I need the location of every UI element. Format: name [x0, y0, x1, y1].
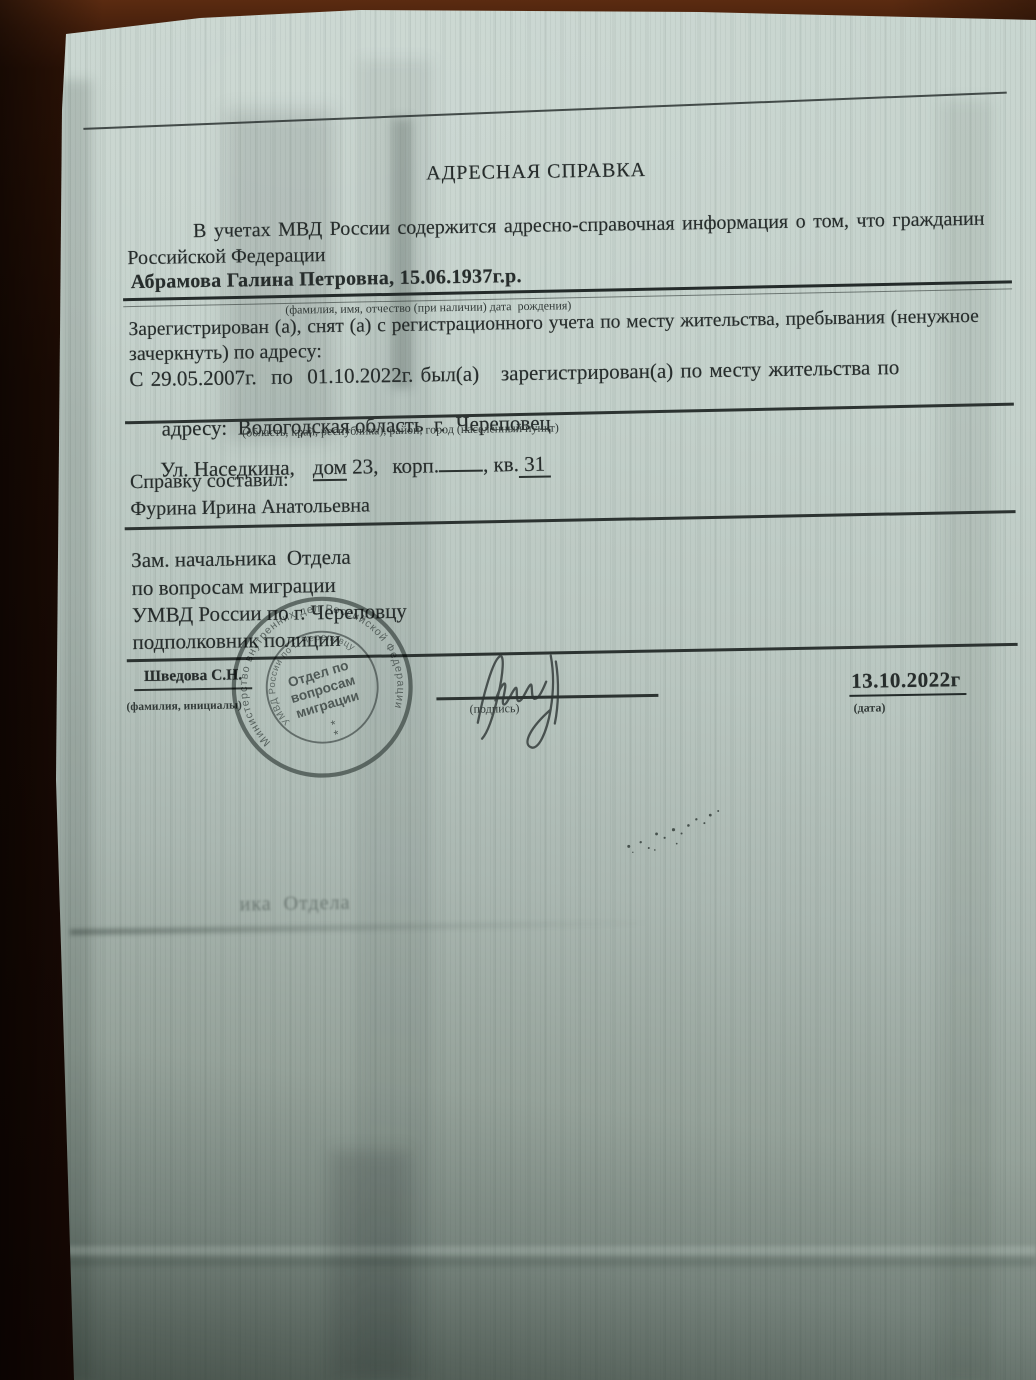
- kv-number: 31: [519, 451, 551, 477]
- ink-speckles: [618, 801, 819, 860]
- registration-line-2: зачеркнуть) по адресу:: [129, 341, 322, 366]
- kv-label: , кв.: [483, 452, 519, 477]
- official-name-caption: (фамилия, инициалы): [126, 699, 241, 713]
- korp-label: корп.: [392, 453, 439, 478]
- signature-caption: (подпись): [469, 702, 519, 716]
- document-title: АДРЕСНАЯ СПРАВКА: [356, 159, 716, 186]
- intro-line-2: Российской Федерации: [127, 245, 325, 270]
- korp-blank: [439, 448, 483, 472]
- stamp-mark: *: [332, 727, 341, 742]
- prepared-by-name: Фурина Ирина Анатольевна: [130, 495, 370, 520]
- dom-number: 23,: [347, 454, 379, 478]
- intro-line-1: В учетах МВД России содержится адресно-с…: [193, 209, 985, 243]
- person-name: Абрамова Галина Петровна, 15.06.1937г.р.: [131, 266, 522, 294]
- date-caption: (дата): [854, 701, 886, 714]
- document-content: АДРЕСНАЯ СПРАВКА В учетах МВД России сод…: [0, 0, 1036, 1380]
- ghost-text: ика Отдела: [239, 893, 350, 916]
- photo-scene: АДРЕСНАЯ СПРАВКА В учетах МВД России сод…: [0, 0, 1036, 1380]
- top-rule: [83, 92, 1006, 130]
- smudge-streak: [70, 920, 650, 935]
- prepared-by-label: Справку составил:: [130, 470, 289, 494]
- official-title-line-1: Зам. начальника Отдела: [131, 546, 351, 572]
- dom-label: дом: [313, 454, 347, 481]
- date-value: 13.10.2022г: [849, 668, 966, 696]
